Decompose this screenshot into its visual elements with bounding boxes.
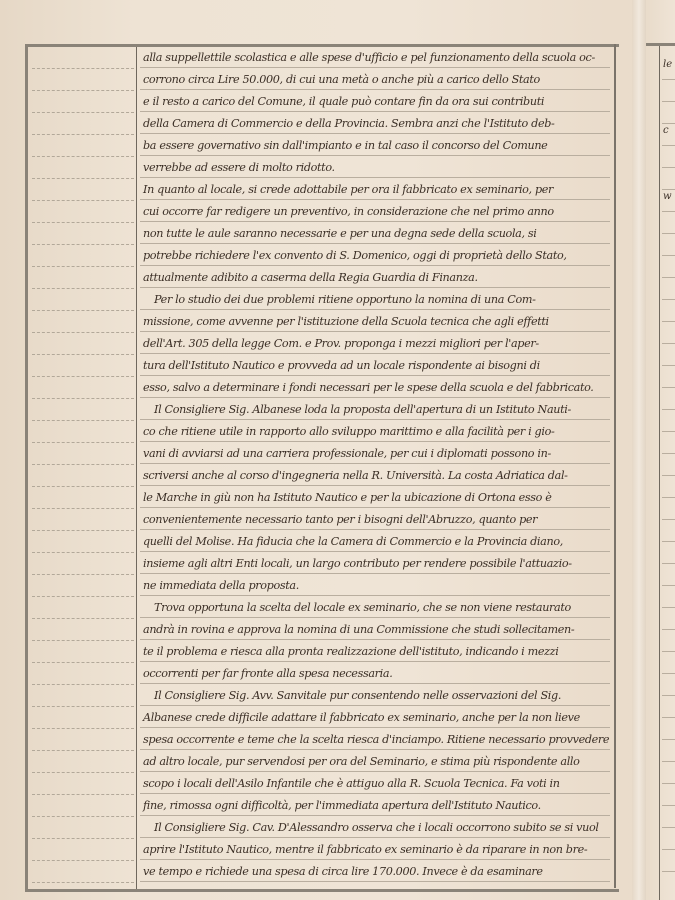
page-fold-gutter bbox=[632, 0, 646, 900]
text-line: corrono circa Lire 50.000, di cui una me… bbox=[140, 69, 610, 90]
adjacent-page-ruled-line bbox=[662, 871, 675, 872]
text-line: insieme agli altri Enti locali, un largo… bbox=[140, 553, 610, 574]
adjacent-page-ruled-line bbox=[662, 629, 675, 630]
adjacent-page-ruled-line bbox=[662, 365, 675, 366]
margin-ruled-line bbox=[32, 266, 134, 267]
adjacent-page-ruled-line bbox=[662, 607, 675, 608]
adjacent-page-divider bbox=[659, 46, 660, 900]
text-line: verrebbe ad essere di molto ridotto. bbox=[140, 157, 610, 178]
margin-ruled-line bbox=[32, 288, 134, 289]
margin-ruled-line bbox=[32, 574, 134, 575]
margin-ruled-line bbox=[32, 640, 134, 641]
margin-ruled-line bbox=[32, 222, 134, 223]
text-line: ne immediata della proposta. bbox=[140, 575, 610, 596]
margin-ruled-line bbox=[32, 860, 134, 861]
text-line: tura dell'Istituto Nautico e provveda ad… bbox=[140, 355, 610, 376]
margin-ruled-line bbox=[32, 90, 134, 91]
adjacent-page-text-fragment: le bbox=[663, 59, 672, 70]
ledger-page: alla suppellettile scolastica e alle spe… bbox=[0, 0, 640, 900]
margin-ruled-line bbox=[32, 156, 134, 157]
adjacent-page-ruled-line bbox=[662, 497, 675, 498]
text-line: Il Consigliere Sig. Avv. Sanvitale pur c… bbox=[140, 685, 610, 706]
margin-ruled-line bbox=[32, 816, 134, 817]
text-line: quelli del Molise. Ha fiducia che la Cam… bbox=[140, 531, 610, 552]
text-line: scriversi anche al corso d'ingegneria ne… bbox=[140, 465, 610, 486]
text-line: e il resto a carico del Comune, il quale… bbox=[140, 91, 610, 112]
margin-ruled-line bbox=[32, 552, 134, 553]
adjacent-page-ruled-line bbox=[662, 695, 675, 696]
margin-ruled-line bbox=[32, 112, 134, 113]
margin-ruled-line bbox=[32, 838, 134, 839]
column-divider-line bbox=[136, 47, 137, 889]
margin-ruled-line bbox=[32, 332, 134, 333]
text-line: ba essere governativo sin dall'impianto … bbox=[140, 135, 610, 156]
margin-ruled-line bbox=[32, 354, 134, 355]
text-line: esso, salvo a determinare i fondi necess… bbox=[140, 377, 610, 398]
text-line: non tutte le aule saranno necessarie e p… bbox=[140, 223, 610, 244]
adjacent-page-ruled-line bbox=[662, 827, 675, 828]
margin-ruled-line bbox=[32, 134, 134, 135]
adjacent-page-ruled-line bbox=[662, 211, 675, 212]
text-line: andrà in rovina e approva la nomina di u… bbox=[140, 619, 610, 640]
adjacent-page-ruled-line bbox=[662, 849, 675, 850]
text-line: missione, come avvenne per l'istituzione… bbox=[140, 311, 610, 332]
text-line: occorrenti per far fronte alla spesa nec… bbox=[140, 663, 610, 684]
margin-ruled-line bbox=[32, 750, 134, 751]
adjacent-page-ruled-line bbox=[662, 167, 675, 168]
margin-ruled-line bbox=[32, 420, 134, 421]
text-line: aprire l'Istituto Nautico, mentre il fab… bbox=[140, 839, 610, 860]
text-line: potrebbe richiedere l'ex convento di S. … bbox=[140, 245, 610, 266]
text-line: alla suppellettile scolastica e alle spe… bbox=[140, 47, 610, 68]
adjacent-page-ruled-line bbox=[662, 255, 675, 256]
adjacent-page-ruled-line bbox=[662, 651, 675, 652]
adjacent-page-ruled-line bbox=[662, 475, 675, 476]
text-line: dell'Art. 305 della legge Com. e Prov. p… bbox=[140, 333, 610, 354]
page-frame-right-border bbox=[614, 44, 616, 888]
text-line: della Camera di Commercio e della Provin… bbox=[140, 113, 610, 134]
adjacent-page-ruled-line bbox=[662, 563, 675, 564]
left-margin-column bbox=[28, 47, 136, 889]
margin-ruled-line bbox=[32, 794, 134, 795]
margin-ruled-line bbox=[32, 596, 134, 597]
adjacent-page-text-fragment: c bbox=[663, 125, 669, 136]
adjacent-page-text-fragment: w bbox=[663, 191, 672, 202]
margin-ruled-line bbox=[32, 244, 134, 245]
text-line: vani di avviarsi ad una carriera profess… bbox=[140, 443, 610, 464]
text-line: ve tempo e richiede una spesa di circa l… bbox=[140, 861, 610, 882]
text-line: Albanese crede difficile adattare il fab… bbox=[140, 707, 610, 728]
adjacent-page-ruled-line bbox=[662, 387, 675, 388]
text-line: ad altro locale, pur servendosi per ora … bbox=[140, 751, 610, 772]
text-line: convenientemente necessario tanto per i … bbox=[140, 509, 610, 530]
margin-ruled-line bbox=[32, 684, 134, 685]
adjacent-page-ruled-line bbox=[662, 541, 675, 542]
adjacent-page-ruled-line bbox=[662, 409, 675, 410]
adjacent-page-ruled-line bbox=[662, 233, 675, 234]
adjacent-page-ruled-line bbox=[662, 761, 675, 762]
adjacent-page-ruled-line bbox=[662, 519, 675, 520]
adjacent-page-ruled-line bbox=[662, 585, 675, 586]
margin-ruled-line bbox=[32, 178, 134, 179]
margin-ruled-line bbox=[32, 310, 134, 311]
margin-ruled-line bbox=[32, 486, 134, 487]
adjacent-page-ruled-line bbox=[662, 299, 675, 300]
handwritten-text-column: alla suppellettile scolastica e alle spe… bbox=[140, 47, 612, 889]
margin-ruled-line bbox=[32, 200, 134, 201]
adjacent-page-ruled-line bbox=[662, 673, 675, 674]
adjacent-page-ruled-line bbox=[662, 145, 675, 146]
margin-ruled-line bbox=[32, 530, 134, 531]
text-line: co che ritiene utile in rapporto allo sv… bbox=[140, 421, 610, 442]
margin-ruled-line bbox=[32, 68, 134, 69]
text-line: Per lo studio dei due problemi ritiene o… bbox=[140, 289, 610, 310]
text-line: scopo i locali dell'Asilo Infantile che … bbox=[140, 773, 610, 794]
margin-ruled-line bbox=[32, 508, 134, 509]
text-line: te il problema e riesca alla pronta real… bbox=[140, 641, 610, 662]
adjacent-page-ruled-line bbox=[662, 717, 675, 718]
adjacent-page-ruled-line bbox=[662, 343, 675, 344]
margin-ruled-line bbox=[32, 618, 134, 619]
text-line: Il Consigliere Sig. Cav. D'Alessandro os… bbox=[140, 817, 610, 838]
margin-ruled-line bbox=[32, 772, 134, 773]
margin-ruled-line bbox=[32, 464, 134, 465]
adjacent-page-ruled-line bbox=[662, 123, 675, 124]
text-line: fine, rimossa ogni difficoltà, per l'imm… bbox=[140, 795, 610, 816]
text-line: le Marche in giù non ha Istituto Nautico… bbox=[140, 487, 610, 508]
text-line: attualmente adibito a caserma della Regi… bbox=[140, 267, 610, 288]
margin-ruled-line bbox=[32, 662, 134, 663]
margin-ruled-line bbox=[32, 728, 134, 729]
adjacent-page-edge: le c w bbox=[646, 43, 675, 900]
adjacent-page-ruled-line bbox=[662, 739, 675, 740]
adjacent-page-ruled-line bbox=[662, 101, 675, 102]
text-line: Il Consigliere Sig. Albanese loda la pro… bbox=[140, 399, 610, 420]
adjacent-page-ruled-line bbox=[662, 79, 675, 80]
text-line: In quanto al locale, si crede adottabile… bbox=[140, 179, 610, 200]
margin-ruled-line bbox=[32, 706, 134, 707]
adjacent-page-ruled-line bbox=[662, 189, 675, 190]
margin-ruled-line bbox=[32, 442, 134, 443]
margin-ruled-line bbox=[32, 398, 134, 399]
adjacent-page-frame-top bbox=[646, 43, 675, 46]
margin-ruled-line bbox=[32, 376, 134, 377]
text-line: spesa occorrente e teme che la scelta ri… bbox=[140, 729, 610, 750]
adjacent-page-ruled-line bbox=[662, 453, 675, 454]
text-line: Trova opportuna la scelta del locale ex … bbox=[140, 597, 610, 618]
adjacent-page-ruled-line bbox=[662, 805, 675, 806]
text-line: cui occorre far redigere un preventivo, … bbox=[140, 201, 610, 222]
adjacent-page-ruled-line bbox=[662, 783, 675, 784]
adjacent-page-ruled-line bbox=[662, 277, 675, 278]
adjacent-page-ruled-line bbox=[662, 321, 675, 322]
adjacent-page-ruled-line bbox=[662, 431, 675, 432]
margin-ruled-line bbox=[32, 882, 134, 883]
